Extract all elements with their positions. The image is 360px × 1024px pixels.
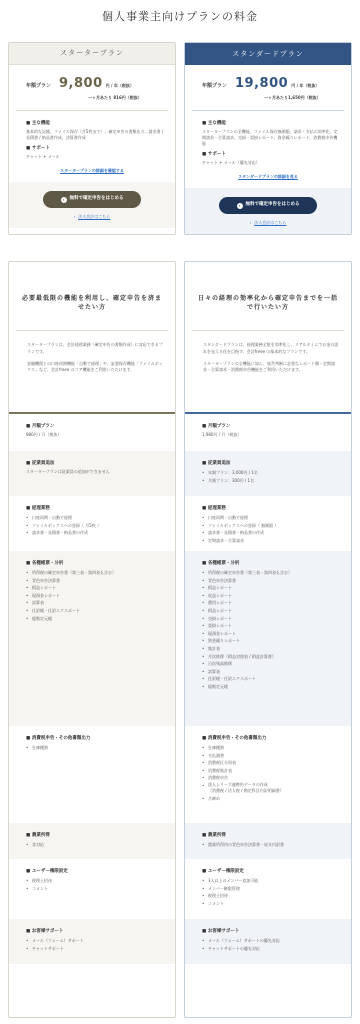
- price-monthly: 一ヶ月あたり1,650円（税抜）: [264, 95, 351, 101]
- chevron-right-icon: ›: [74, 214, 76, 220]
- section-users: ■ ユーザー権限設定 3人以上のメンバー追加可能 メンバー権限管理 税理士招待 …: [185, 859, 351, 919]
- price-value: 9,800: [59, 74, 103, 94]
- page-title: 個人事業主向けプランの料金: [0, 0, 360, 42]
- section-agri: ■ 農業所得 非対応: [9, 823, 175, 859]
- standard-plan-card: スタンダードプラン 年額プラン 19,800 円 / 年（税抜） 一ヶ月あたり1…: [184, 42, 352, 235]
- price-label: 年額プラン: [202, 83, 227, 91]
- section-agri: ■ 農業所得 農業所得用の青色申告決算書・収支内訳書: [185, 823, 351, 859]
- cta-label: 無料で確定申告をはじめる: [70, 196, 124, 203]
- section-monthly: ■ 月額プラン 1,980円 / 月（税抜）: [185, 414, 351, 451]
- start-free-button[interactable]: › 無料で確定申告をはじめる: [43, 191, 141, 208]
- section-tax: ■ 消費税申告・その他書類出力 在庫棚卸 支払調書 消費税区分別表 消費税集計表…: [185, 726, 351, 823]
- starter-comparison-card: 必要最低限の機能を利用し、確定申告を済ませたい方 スタータープランは、会計経理業…: [8, 261, 176, 1018]
- corporate-link[interactable]: ›法人会計はこちら: [9, 214, 175, 220]
- price-block: 年額プラン 19,800 円 / 年（税抜） 一ヶ月あたり1,650円（税抜）: [185, 65, 351, 110]
- section-reports: ■ 各種帳票・分析 所得税の確定申告書（第三表・第四表も含む） 青色申告決算書 …: [9, 551, 175, 726]
- price-block: 年額プラン 9,800 円 / 年（税抜） 一ヶ月あたり 816円（税抜）: [9, 65, 175, 110]
- target-description: スタンダードプランは、経理業務全般を効率化し、リアルタイムでお金の流れを見える化…: [185, 331, 351, 412]
- features-title: ■ 主な機能: [26, 121, 165, 128]
- plan-name: スタータープラン: [9, 43, 175, 65]
- section-reports: ■ 各種帳票・分析 所得税の確定申告書（第三表・第四表も含む） 青色申告決算書 …: [185, 551, 351, 726]
- arrow-circle-icon: ›: [237, 203, 243, 209]
- starter-detail-link[interactable]: スタータープランの詳細を確認する: [9, 168, 175, 174]
- section-users: ■ ユーザー権限設定 税理士招待 コメント: [9, 859, 175, 919]
- price-value: 19,800: [235, 74, 288, 94]
- features: ■ 主な機能 スタータープランの全機能、ファイル保存無制限、請求・支払の効率化、…: [185, 111, 351, 166]
- section-support: ■ お客様サポート メール（フォーム）サポートの優先対応 チャットサポートの優先…: [185, 919, 351, 964]
- standard-detail-link[interactable]: スタンダードプランの詳細を見る: [185, 174, 351, 180]
- chevron-right-icon: ›: [250, 220, 252, 226]
- cta-area: › 無料で確定申告をはじめる ›法人会計はこちら: [9, 182, 175, 228]
- support-title: ■ サポート: [26, 146, 165, 153]
- features: ■ 主な機能 基本的な記帳、ファイル保存（月5枚まで）、確定申告の書類出力、請求…: [9, 111, 175, 160]
- section-staff: ■ 従業員追加 年額プラン：3,000円 / 1名 月額プラン：300円 / 1…: [185, 451, 351, 496]
- target-title: 日々の経理の効率化から確定申告までを一括で行いたい方: [185, 262, 351, 330]
- starter-plan-card: スタータープラン 年額プラン 9,800 円 / 年（税抜） 一ヶ月あたり 81…: [8, 42, 176, 235]
- standard-comparison-card: 日々の経理の効率化から確定申告までを一括で行いたい方 スタンダードプランは、経理…: [184, 261, 352, 1018]
- section-tax: ■ 消費税申告・その他書類出力 在庫棚卸: [9, 726, 175, 823]
- price-unit: 円 / 年（税抜）: [291, 83, 319, 89]
- section-accounting: ■ 経理業務 口座同期・自動で経理 ファイルボックスへの登録（ 無制限 ） 請求…: [185, 496, 351, 551]
- features-title: ■ 主な機能: [202, 121, 341, 128]
- features-text: スタータープランの全機能、ファイル保存無制限、請求・支払の効率化、定期請求・合算…: [202, 129, 341, 148]
- cta-label: 無料で確定申告をはじめる: [246, 202, 300, 209]
- support-text: チャット + メール: [26, 154, 165, 160]
- price-label: 年額プラン: [26, 83, 51, 91]
- plan-name: スタンダードプラン: [185, 43, 351, 65]
- price-unit: 円 / 年（税抜）: [106, 83, 134, 89]
- section-monthly: ■ 月額プラン 980円 / 月（税抜）: [9, 414, 175, 451]
- target-title: 必要最低限の機能を利用し、確定申告を済ませたい方: [9, 262, 175, 330]
- corporate-link[interactable]: ›法人会計はこちら: [185, 220, 351, 226]
- target-description: スタータープランは、会計経理業務（確定申告の書類作成）に対応できるプランです。 …: [9, 331, 175, 412]
- pricing-cards: スタータープラン 年額プラン 9,800 円 / 年（税抜） 一ヶ月あたり 81…: [0, 42, 360, 235]
- comparison-cards: 必要最低限の機能を利用し、確定申告を済ませたい方 スタータープランは、会計経理業…: [0, 261, 360, 1018]
- features-text: 基本的な記帳、ファイル保存（月5枚まで）、確定申告の書類出力、請求書 / 見積書…: [26, 129, 165, 141]
- arrow-circle-icon: ›: [61, 197, 67, 203]
- section-staff: ■ 従業員追加 スタータープランは従業員の追加ができません: [9, 451, 175, 496]
- section-support: ■ お客様サポート メール（フォーム）サポート チャットサポート: [9, 919, 175, 964]
- section-accounting: ■ 経理業務 口座同期・自動で経理 ファイルボックスへの登録（ 月5枚 ） 請求…: [9, 496, 175, 551]
- start-free-button[interactable]: › 無料で確定申告をはじめる: [219, 197, 317, 214]
- support-title: ■ サポート: [202, 152, 341, 159]
- price-monthly: 一ヶ月あたり 816円（税抜）: [88, 95, 175, 101]
- support-text: チャット + メール（優先対応）: [202, 160, 341, 166]
- cta-area: › 無料で確定申告をはじめる ›法人会計はこちら: [185, 188, 351, 234]
